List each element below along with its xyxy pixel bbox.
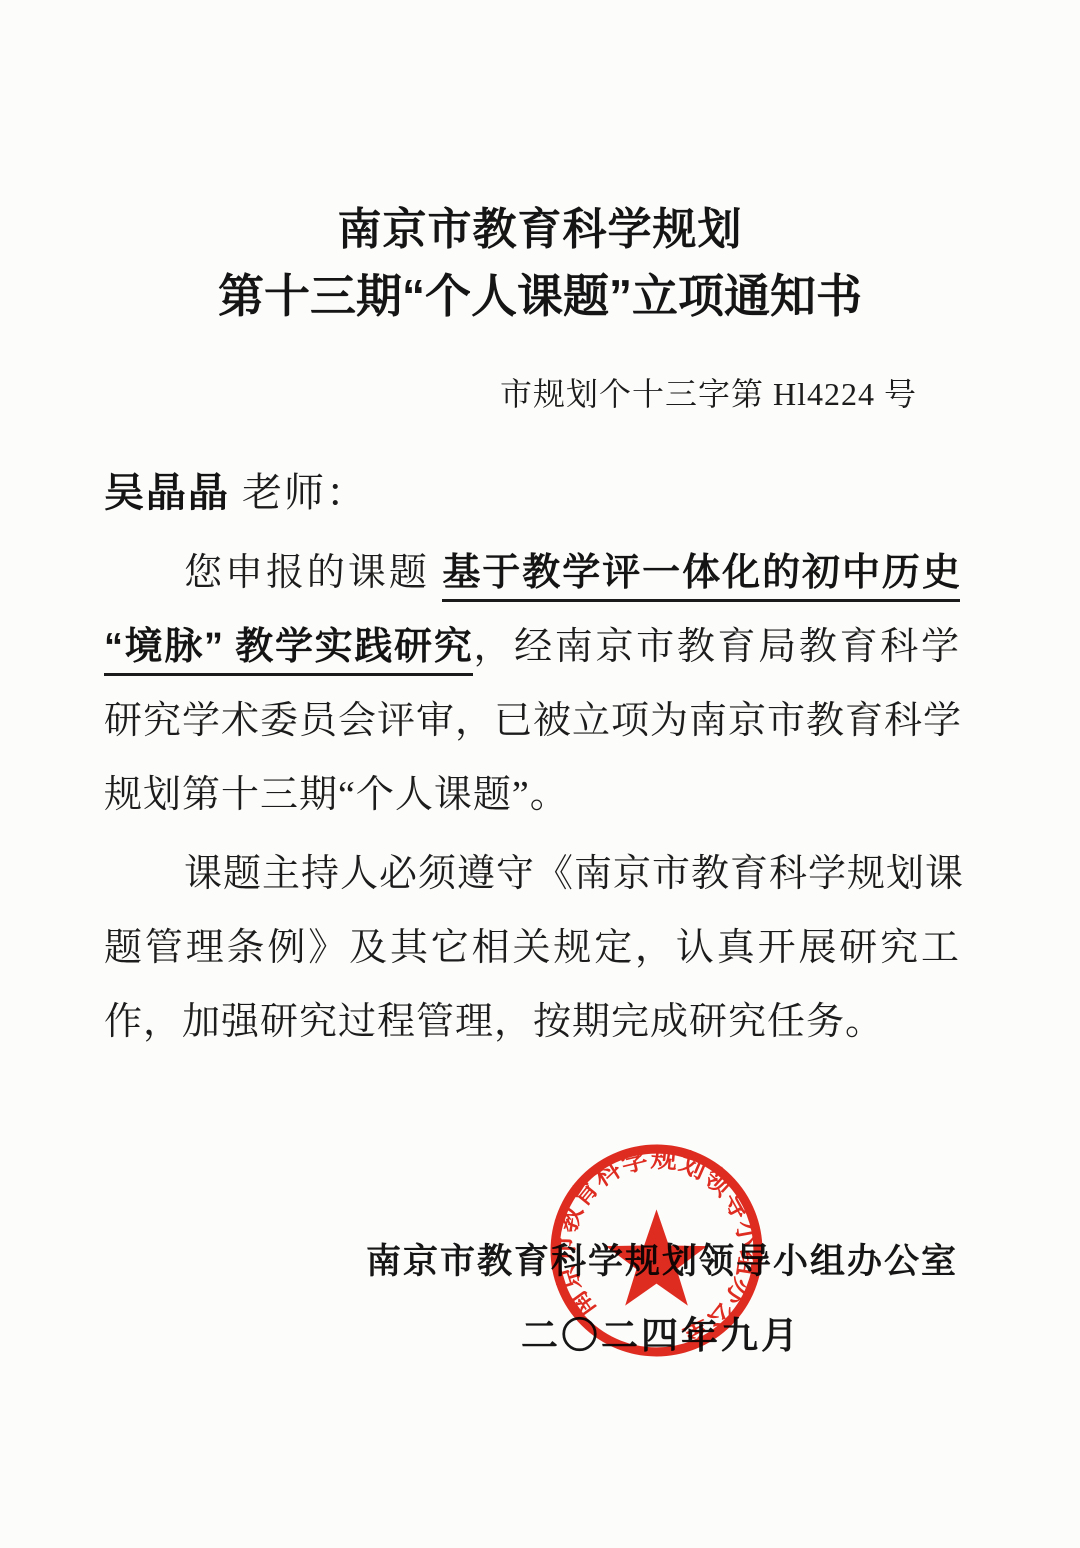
body-line: 您申报的课题 基于教学评一体化的初中历史 xyxy=(104,536,960,610)
project-title-part2: “境脉” 教学实践研究 xyxy=(104,626,473,676)
document-number: 市规划个十三字第 Hl4224 号 xyxy=(500,376,917,412)
body-line: 课题主持人必须遵守《南京市教育科学规划课 xyxy=(104,837,960,911)
document-title-line1: 南京市教育科学规划 xyxy=(0,206,1080,254)
approval-notice-document: 南京市教育科学规划 第十三期“个人课题”立项通知书 市规划个十三字第 Hl422… xyxy=(0,0,1080,1548)
paragraph-approval: 您申报的课题 基于教学评一体化的初中历史 “境脉” 教学实践研究，经南京市教育局… xyxy=(104,536,960,832)
body-line: 题管理条例》及其它相关规定，认真开展研究工 xyxy=(104,911,960,985)
paragraph-requirements: 课题主持人必须遵守《南京市教育科学规划课 题管理条例》及其它相关规定，认真开展研… xyxy=(104,837,960,1059)
body-line: 规划第十三期“个人课题”。 xyxy=(104,758,960,832)
document-title-line2: 第十三期“个人课题”立项通知书 xyxy=(0,271,1080,321)
official-seal: 南京市教育科学规划领导小组办公室 xyxy=(541,1135,772,1366)
recipient-title: 老师： xyxy=(242,470,368,515)
body-text: 您申报的课题 xyxy=(184,552,442,594)
star-icon xyxy=(606,1209,707,1305)
project-title-part1: 基于教学评一体化的初中历史 xyxy=(442,552,960,602)
recipient-name: 吴晶晶 xyxy=(104,471,230,515)
body-line: 作，加强研究过程管理，按期完成研究任务。 xyxy=(104,985,960,1059)
body-line: 研究学术委员会评审，已被立项为南京市教育科学 xyxy=(104,684,960,758)
body-line: “境脉” 教学实践研究，经南京市教育局教育科学 xyxy=(104,610,960,684)
recipient-line: 吴晶晶老师： xyxy=(104,471,368,515)
body-text: ，经南京市教育局教育科学 xyxy=(473,626,960,668)
